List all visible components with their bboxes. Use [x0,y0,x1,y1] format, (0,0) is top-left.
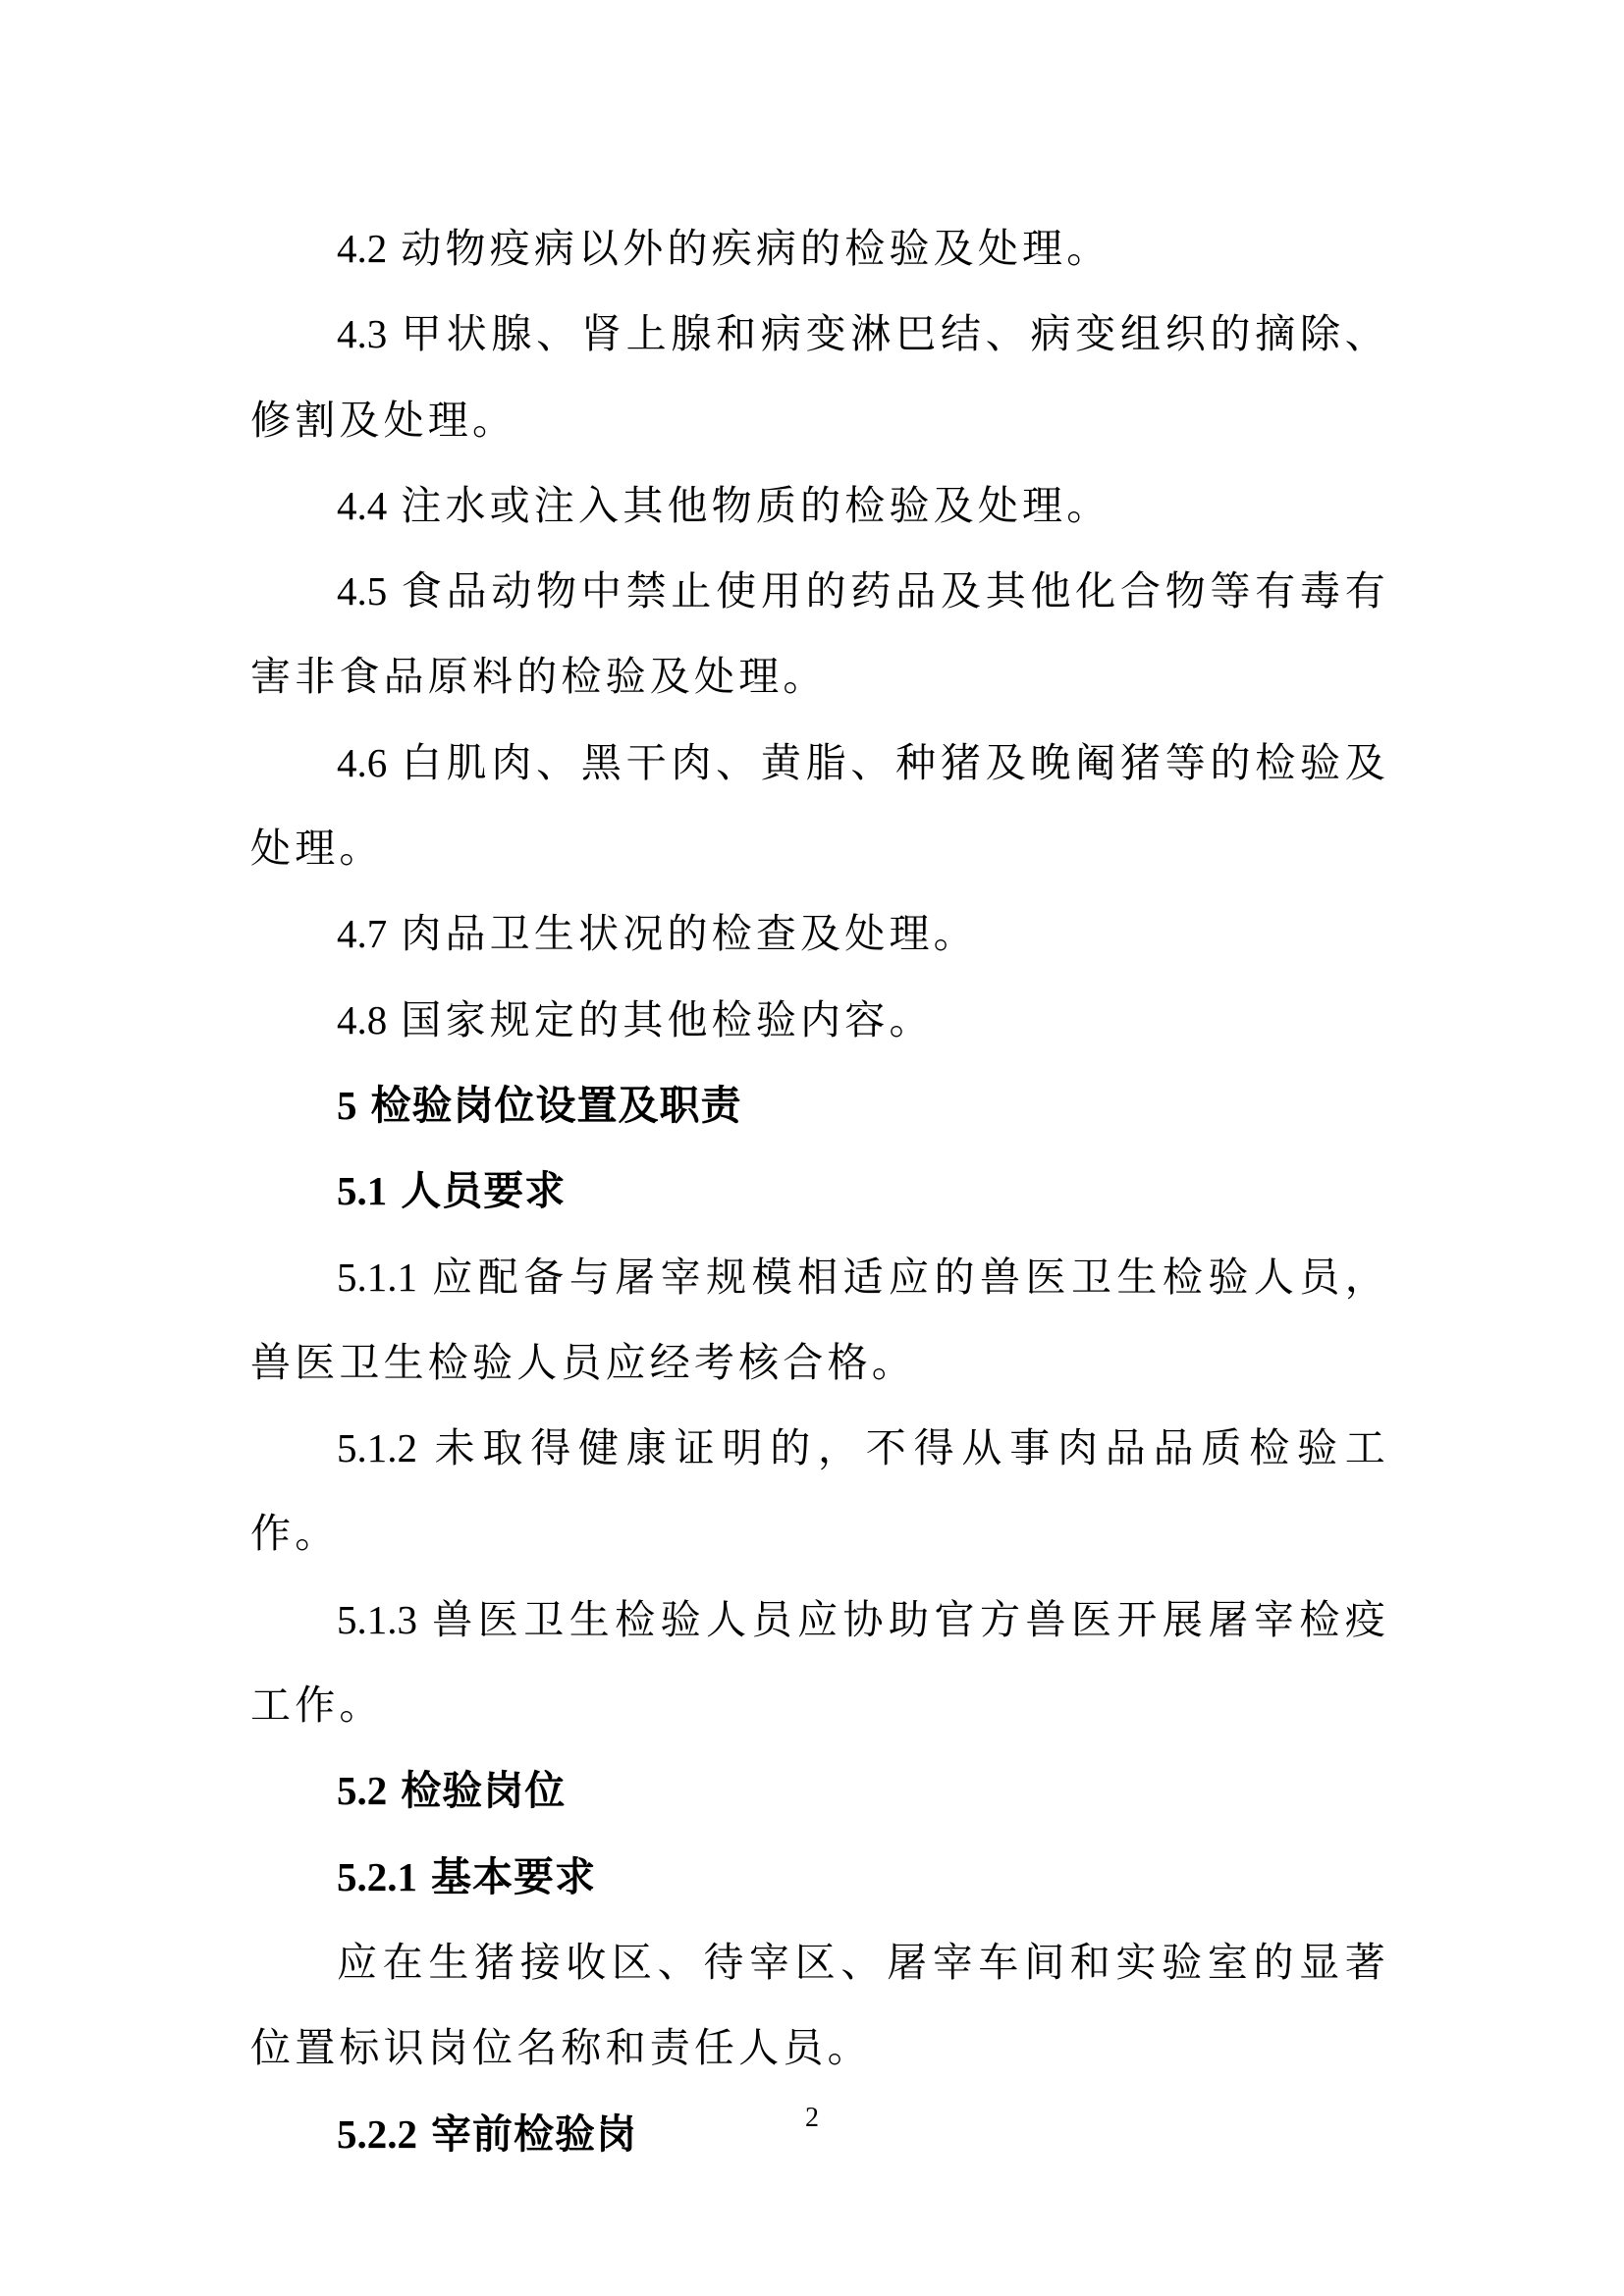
clause-4-8: 4.8国家规定的其他检验内容。 [250,978,1389,1063]
clause-4-2: 4.2动物疫病以外的疾病的检验及处理。 [250,206,1389,292]
clause-number: 5.1.2 [337,1425,417,1470]
section-heading-5-2: 5.2检验岗位 [250,1748,1389,1834]
section-number: 5.1 [337,1168,387,1213]
document-page: 4.2动物疫病以外的疾病的检验及处理。 4.3甲状腺、肾上腺和病变淋巴结、病变组… [250,206,1389,2177]
clause-4-5: 4.5食品动物中禁止使用的药品及其他化合物等有毒有害非食品原料的检验及处理。 [250,549,1389,721]
clause-number: 4.3 [337,311,387,356]
clause-4-7: 4.7肉品卫生状况的检查及处理。 [250,891,1389,977]
paragraph-text: 应在生猪接收区、待宰区、屠宰车间和实验室的显著位置标识岗位名称和责任人员。 [250,1939,1389,2071]
clause-number: 5.1.3 [337,1597,417,1642]
clause-text: 甲状腺、肾上腺和病变淋巴结、病变组织的摘除、修割及处理。 [250,310,1389,443]
clause-text: 肉品卫生状况的检查及处理。 [401,910,978,957]
clause-number: 4.5 [337,568,387,614]
clause-number: 4.8 [337,997,387,1042]
clause-5-1-3: 5.1.3兽医卫生检验人员应协助官方兽医开展屠宰检疫工作。 [250,1577,1389,1749]
clause-number: 4.7 [337,911,387,956]
section-title: 检验岗位 [401,1767,566,1814]
clause-text: 应配备与屠宰规模相适应的兽医卫生检验人员，兽医卫生检验人员应经考核合格。 [250,1254,1389,1386]
section-number: 5.2 [337,1768,387,1813]
clause-text: 白肌肉、黑干肉、黄脂、种猪及晚阉猪等的检验及处理。 [250,739,1389,872]
page-number: 2 [0,2103,1624,2134]
paragraph-basic-requirements: 应在生猪接收区、待宰区、屠宰车间和实验室的显著位置标识岗位名称和责任人员。 [250,1920,1389,2092]
clause-text: 动物疫病以外的疾病的检验及处理。 [401,225,1110,272]
section-number: 5 [337,1083,357,1128]
section-heading-5-2-1: 5.2.1基本要求 [250,1835,1389,1920]
section-heading-5: 5检验岗位设置及职责 [250,1063,1389,1148]
clause-5-1-2: 5.1.2未取得健康证明的，不得从事肉品品质检验工作。 [250,1406,1389,1577]
clause-number: 4.6 [337,740,387,785]
clause-text: 兽医卫生检验人员应协助官方兽医开展屠宰检疫工作。 [250,1596,1389,1729]
clause-text: 未取得健康证明的，不得从事肉品品质检验工作。 [250,1424,1389,1557]
clause-text: 国家规定的其他检验内容。 [401,996,933,1043]
section-title: 检验岗位设置及职责 [371,1082,742,1129]
section-title: 基本要求 [431,1853,596,1900]
clause-text: 食品动物中禁止使用的药品及其他化合物等有毒有害非食品原料的检验及处理。 [250,567,1389,700]
clause-text: 注水或注入其他物质的检验及处理。 [401,482,1110,529]
clause-4-6: 4.6白肌肉、黑干肉、黄脂、种猪及晚阉猪等的检验及处理。 [250,721,1389,892]
clause-number: 5.1.1 [337,1255,417,1300]
clause-number: 4.2 [337,226,387,271]
section-number: 5.2.1 [337,1854,417,1899]
section-title: 人员要求 [401,1167,566,1214]
clause-4-4: 4.4注水或注入其他物质的检验及处理。 [250,463,1389,549]
section-heading-5-1: 5.1人员要求 [250,1148,1389,1234]
clause-number: 4.4 [337,483,387,528]
clause-5-1-1: 5.1.1应配备与屠宰规模相适应的兽医卫生检验人员，兽医卫生检验人员应经考核合格… [250,1235,1389,1407]
clause-4-3: 4.3甲状腺、肾上腺和病变淋巴结、病变组织的摘除、修割及处理。 [250,292,1389,463]
